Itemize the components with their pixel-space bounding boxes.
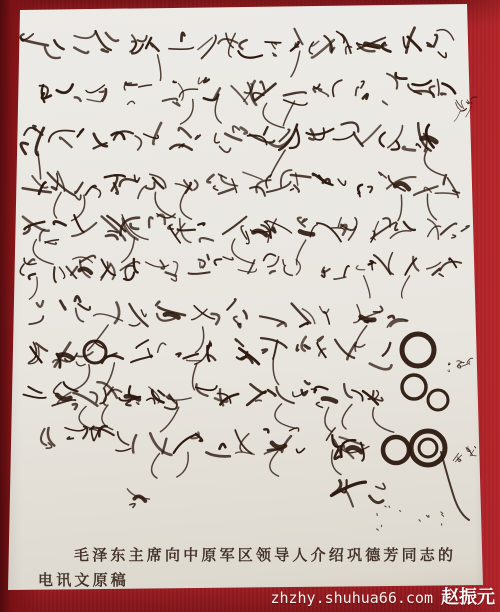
manuscript-line: 在雒南龙驹寨卢氏间，其第二大队 (24, 123, 474, 167)
watermark: zhzhy.shuhua66.com 赵振元 (270, 583, 495, 609)
watermark-site: zhzhy.shuhua66.com (270, 589, 433, 607)
manuscript-signature: 军委 (332, 432, 392, 476)
caption-line-2: 电讯文原稿 (38, 569, 129, 590)
manuscript-line: 百多人枪及各队长均系党员，多系陕北受训 (28, 257, 500, 301)
manuscript-line: 活动于西荆公路南北地区，其第一大队 (26, 78, 500, 122)
manuscript-line: 解决建立根据地的问题。 (30, 426, 360, 470)
watermark-name: 赵振元 (441, 583, 495, 609)
manuscript-line: 郑、李、王震：㈠我党所建武装巩德芳部 (24, 28, 500, 72)
caption-line-1: 毛泽东主席向中原军区领导人介绍巩德芳同志的 (74, 544, 456, 565)
photo-frame: 郑、李、王震：㈠我党所建武装巩德芳部 活动于西荆公路南北地区，其第一大队 在雒南… (0, 0, 500, 612)
manuscript-line: 部及武装之帮助，㈢考虑依靠巩 (24, 337, 444, 381)
manuscript-line: 郧西、竹林关、鹘山、漫川关间，共计二 (24, 213, 500, 257)
manuscript-line: 在商县、山阳、龙驹寨间，其第三大队在 (24, 169, 500, 213)
manuscript-date-code: 午筱 (328, 472, 388, 516)
manuscript-line: 部及广大民众在陕（你们到达）南 (24, 380, 474, 424)
manuscript-stray-mark: 又 (126, 484, 156, 528)
